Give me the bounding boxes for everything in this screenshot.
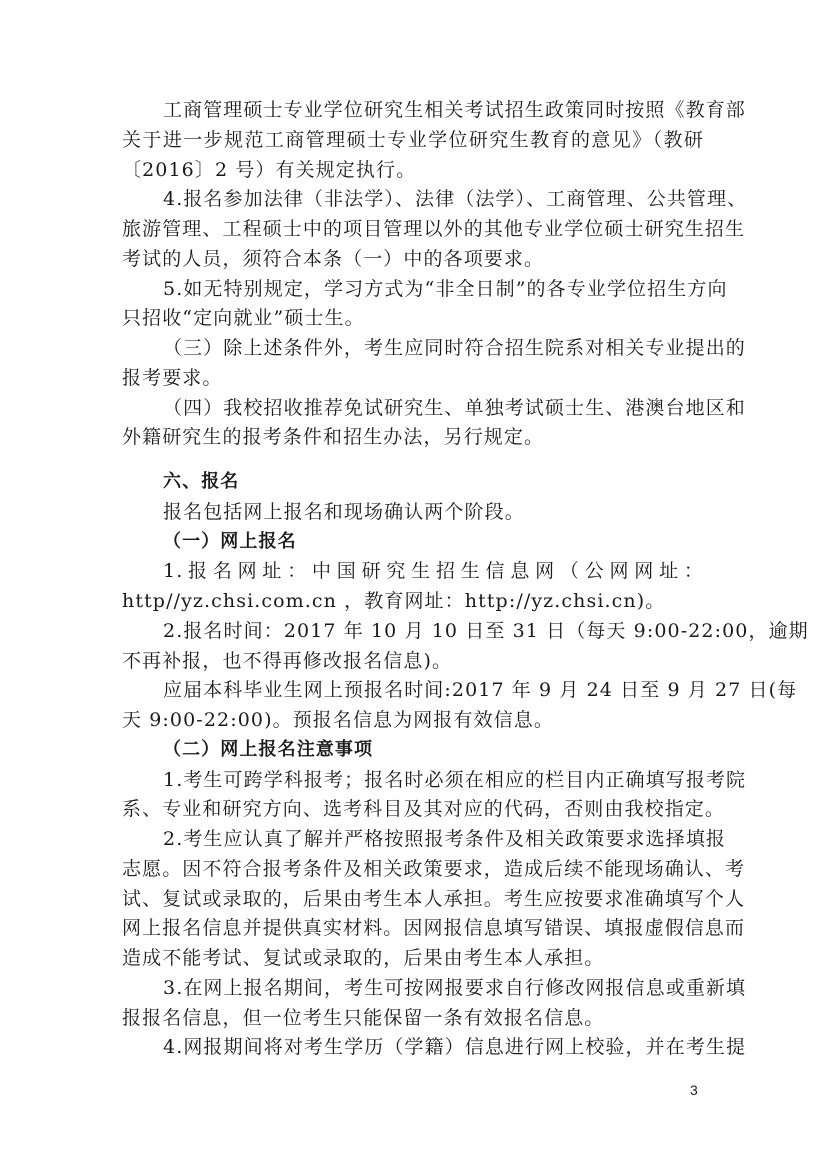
paragraph-line: 3.在网上报名期间，考生可按网报要求自行修改网报信息或重新填 xyxy=(163,976,704,1002)
paragraph-line: 1.报名网址：中国研究生招生信息网（公网网址： xyxy=(163,559,704,585)
paragraph-line: 外籍研究生的报考条件和招生办法，另行规定。 xyxy=(122,425,704,451)
paragraph-line: 网上报名信息并提供真实材料。因网报信息填写错误、填报虚假信息而 xyxy=(122,916,704,942)
paragraph-line: 旅游管理、工程硕士中的项目管理以外的其他专业学位硕士研究生招生 xyxy=(122,217,704,243)
section-heading: （二）网上报名注意事项 xyxy=(163,738,704,764)
paragraph-line: 4.报名参加法律（非法学）、法律（法学）、工商管理、公共管理、 xyxy=(163,187,704,213)
paragraph-line: 报考要求。 xyxy=(122,366,704,392)
paragraph-line: （三）除上述条件外，考生应同时符合招生院系对相关专业提出的 xyxy=(163,336,704,362)
paragraph-line: 应届本科毕业生网上预报名时间:2017 年 9 月 24 日至 9 月 27 日… xyxy=(163,678,704,704)
paragraph-line: 天 9:00-22:00)。预报名信息为网报有效信息。 xyxy=(122,708,704,734)
paragraph-line: 不再补报，也不得再修改报名信息)。 xyxy=(122,649,704,675)
paragraph-line: （四）我校招收推荐免试研究生、单独考试硕士生、港澳台地区和 xyxy=(163,396,704,422)
paragraph-line: 关于进一步规范工商管理硕士专业学位研究生教育的意见》（教研 xyxy=(122,128,704,154)
paragraph-line: 只招收“定向就业”硕士生。 xyxy=(122,306,704,332)
paragraph-line: 2.报名时间：2017 年 10 月 10 日至 31 日（每天 9:00-22… xyxy=(163,619,704,645)
paragraph-line: 试、复试或录取的，后果由考生本人承担。考生应按要求准确填写个人 xyxy=(122,887,704,913)
paragraph-line: 考试的人员，须符合本条（一）中的各项要求。 xyxy=(122,247,704,273)
paragraph-line: 4.网报期间将对考生学历（学籍）信息进行网上校验，并在考生提 xyxy=(163,1035,704,1061)
paragraph-line: 志愿。因不符合报考条件及相关政策要求，造成后续不能现场确认、考 xyxy=(122,857,704,883)
section-heading: （一）网上报名 xyxy=(163,530,704,556)
paragraph-line: 系、专业和研究方向、选考科目及其对应的代码，否则由我校指定。 xyxy=(122,797,704,823)
paragraph-line: 5.如无特别规定，学习方式为“非全日制”的各专业学位招生方向 xyxy=(163,277,704,303)
page-number: 3 xyxy=(690,1082,698,1098)
paragraph-line: 报报名信息，但一位考生只能保留一条有效报名信息。 xyxy=(122,1006,704,1032)
paragraph-line: 工商管理硕士专业学位研究生相关考试招生政策同时按照《教育部 xyxy=(163,98,704,124)
paragraph-line: http//yz.chsi.com.cn ，教育网址：http://yz.chs… xyxy=(122,589,704,615)
paragraph-line: 报名包括网上报名和现场确认两个阶段。 xyxy=(163,500,704,526)
paragraph-line: 2.考生应认真了解并严格按照报考条件及相关政策要求选择填报 xyxy=(163,827,704,853)
document-page: 工商管理硕士专业学位研究生相关考试招生政策同时按照《教育部关于进一步规范工商管理… xyxy=(0,0,828,1170)
section-heading: 六、报名 xyxy=(163,470,704,496)
paragraph-line: 造成不能考试、复试或录取的，后果由考生本人承担。 xyxy=(122,946,704,972)
paragraph-line: 1.考生可跨学科报考；报名时必须在相应的栏目内正确填写报考院 xyxy=(163,768,704,794)
paragraph-line: 〔2016〕2 号）有关规定执行。 xyxy=(122,158,704,184)
